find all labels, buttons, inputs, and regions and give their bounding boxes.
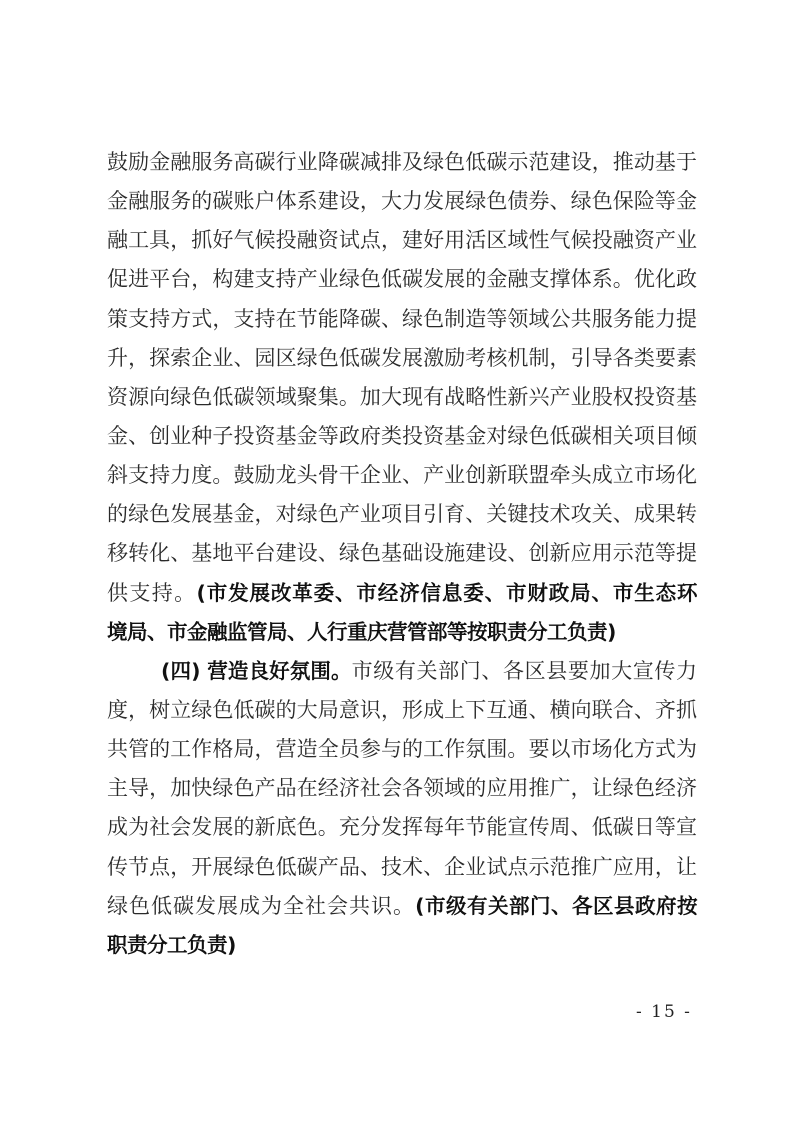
bold-text-span: (市发展改革委、市经济信息委、市财政局、市生态环 [197,581,698,605]
text-line: 融工具，抓好气候投融资试点，建好用活区域性气候投融资产业 [107,221,697,260]
text-span: 主导，加快绿色产品在经济社会各领域的应用推广，让绿色经济 [107,776,697,800]
text-line: 斜支持力度。鼓励龙头骨干企业、产业创新联盟牵头成立市场化 [107,456,697,495]
text-line: 促进平台，构建支持产业绿色低碳发展的金融支撑体系。优化政 [107,260,697,299]
text-span: 促进平台，构建支持产业绿色低碳发展的金融支撑体系。优化政 [107,267,697,291]
text-line: 共管的工作格局，营造全员参与的工作氛围。要以市场化方式为 [107,730,697,769]
text-line: 鼓励金融服务高碳行业降碳减排及绿色低碳示范建设，推动基于 [107,143,697,182]
text-line: 金、创业种子投资基金等政府类投资基金对绿色低碳相关项目倾 [107,417,697,456]
bold-text-span: 职责分工负责) [107,933,236,957]
bold-text-span: (四) 营造良好氛围。 [161,659,352,683]
text-span: 绿色低碳发展成为全社会共识。 [107,894,415,918]
text-span: 市级有关部门、各区县要加大宣传力 [352,659,697,683]
text-span: 策支持方式，支持在节能降碳、绿色制造等领域公共服务能力提 [107,307,697,331]
text-span: 升，探索企业、园区绿色低碳发展激励考核机制，引导各类要素 [107,346,697,370]
bold-text-span: 境局、市金融监管局、人行重庆营管部等按职责分工负责) [107,620,616,644]
text-span: 的绿色发展基金，对绿色产业项目引育、关键技术攻关、成果转 [107,502,697,526]
text-line: 金融服务的碳账户体系建设，大力发展绿色债券、绿色保险等金 [107,182,697,221]
text-line: 传节点，开展绿色低碳产品、技术、企业试点示范推广应用，让 [107,848,697,887]
text-line: 境局、市金融监管局、人行重庆营管部等按职责分工负责) [107,613,697,652]
text-span: 度，树立绿色低碳的大局意识，形成上下互通、横向联合、齐抓 [107,698,697,722]
text-line: 成为社会发展的新底色。充分发挥每年节能宣传周、低碳日等宣 [107,808,697,847]
text-line: 供支持。(市发展改革委、市经济信息委、市财政局、市生态环 [107,574,697,613]
text-span: 传节点，开展绿色低碳产品、技术、企业试点示范推广应用，让 [107,855,697,879]
text-line: 资源向绿色低碳领域聚集。加大现有战略性新兴产业股权投资基 [107,378,697,417]
text-line: 策支持方式，支持在节能降碳、绿色制造等领域公共服务能力提 [107,300,697,339]
bold-text-span: (市级有关部门、各区县政府按 [415,894,697,918]
text-span: 融工具，抓好气候投融资试点，建好用活区域性气候投融资产业 [107,228,697,252]
text-span: 移转化、基地平台建设、绿色基础设施建设、创新应用示范等提 [107,541,697,565]
text-span: 斜支持力度。鼓励龙头骨干企业、产业创新联盟牵头成立市场化 [107,463,697,487]
text-line: 度，树立绿色低碳的大局意识，形成上下互通、横向联合、齐抓 [107,691,697,730]
text-span: 资源向绿色低碳领域聚集。加大现有战略性新兴产业股权投资基 [107,385,697,409]
text-span: 供支持。 [107,581,197,605]
text-line: 移转化、基地平台建设、绿色基础设施建设、创新应用示范等提 [107,534,697,573]
text-span: 成为社会发展的新底色。充分发挥每年节能宣传周、低碳日等宣 [107,815,697,839]
text-span: 鼓励金融服务高碳行业降碳减排及绿色低碳示范建设，推动基于 [107,150,697,174]
page-number: - 15 - [636,1002,692,1022]
text-span: 共管的工作格局，营造全员参与的工作氛围。要以市场化方式为 [107,737,697,761]
text-line: 绿色低碳发展成为全社会共识。(市级有关部门、各区县政府按 [107,887,697,926]
text-span: 金、创业种子投资基金等政府类投资基金对绿色低碳相关项目倾 [107,424,697,448]
text-span: 金融服务的碳账户体系建设，大力发展绿色债券、绿色保险等金 [107,189,697,213]
body-text: 鼓励金融服务高碳行业降碳减排及绿色低碳示范建设，推动基于金融服务的碳账户体系建设… [107,143,697,965]
document-page: 鼓励金融服务高碳行业降碳减排及绿色低碳示范建设，推动基于金融服务的碳账户体系建设… [0,0,794,1123]
text-line: 的绿色发展基金，对绿色产业项目引育、关键技术攻关、成果转 [107,495,697,534]
text-line: 职责分工负责) [107,926,697,965]
text-line: (四) 营造良好氛围。市级有关部门、各区县要加大宣传力 [107,652,697,691]
text-line: 升，探索企业、园区绿色低碳发展激励考核机制，引导各类要素 [107,339,697,378]
text-line: 主导，加快绿色产品在经济社会各领域的应用推广，让绿色经济 [107,769,697,808]
